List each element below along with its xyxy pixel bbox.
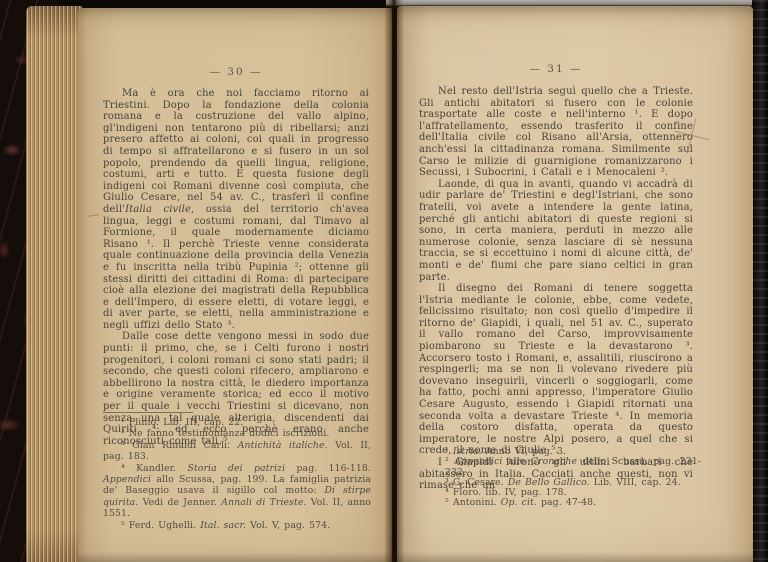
left-page-footnotes: ¹ Plinio. Lib. III, cap. 22.² Ne fanno t… bbox=[103, 417, 371, 531]
footnote: ² Ne fanno testimonianza dodici iscrizio… bbox=[103, 428, 371, 439]
footnote: ⁴ Kandler. Storia dei patrizi pag. 116-1… bbox=[103, 463, 371, 520]
left-page-body: Ma è ora che noi facciamo ritorno ai Tri… bbox=[103, 88, 369, 447]
footnote: ² Appendici alle Cronache dello Scussa, … bbox=[419, 457, 701, 478]
bottom-shadow bbox=[78, 552, 754, 562]
pencil-cross-mark bbox=[672, 116, 712, 156]
page-stack-fore-edge bbox=[26, 6, 82, 562]
footnote: ³ Gian Rinaldi Carli. Antichità italiche… bbox=[103, 440, 371, 463]
footnote: ⁵ Ferd. Ughelli. Ital. sacr. Vol. V, pag… bbox=[103, 520, 371, 531]
page-number-left: — 30 — bbox=[103, 66, 369, 78]
footnote: ¹ Plinio. Lib. III, cap. 22. bbox=[103, 417, 371, 428]
right-page-body: Nel resto dell'Istria seguì quello che a… bbox=[419, 86, 693, 492]
body-paragraph: Laonde, di qua in avanti, quando vi acca… bbox=[419, 179, 693, 283]
cover-edge-right bbox=[752, 0, 768, 562]
right-page-footnotes: ¹ Istria. Anno VI, pag. 3.² Appendici al… bbox=[419, 447, 701, 509]
body-paragraph: Ma è ora che noi facciamo ritorno ai Tri… bbox=[103, 88, 369, 331]
body-paragraph: Il disegno dei Romani di tenere soggetta… bbox=[419, 283, 693, 457]
body-paragraph: Nel resto dell'Istria seguì quello che a… bbox=[419, 86, 693, 179]
gutter-crease bbox=[384, 0, 404, 562]
footnote: ⁵ Antonini. Op. cit. pag. 47-48. bbox=[419, 498, 701, 508]
footnote-rule bbox=[103, 412, 193, 413]
page-number-right: — 31 — bbox=[419, 63, 693, 75]
